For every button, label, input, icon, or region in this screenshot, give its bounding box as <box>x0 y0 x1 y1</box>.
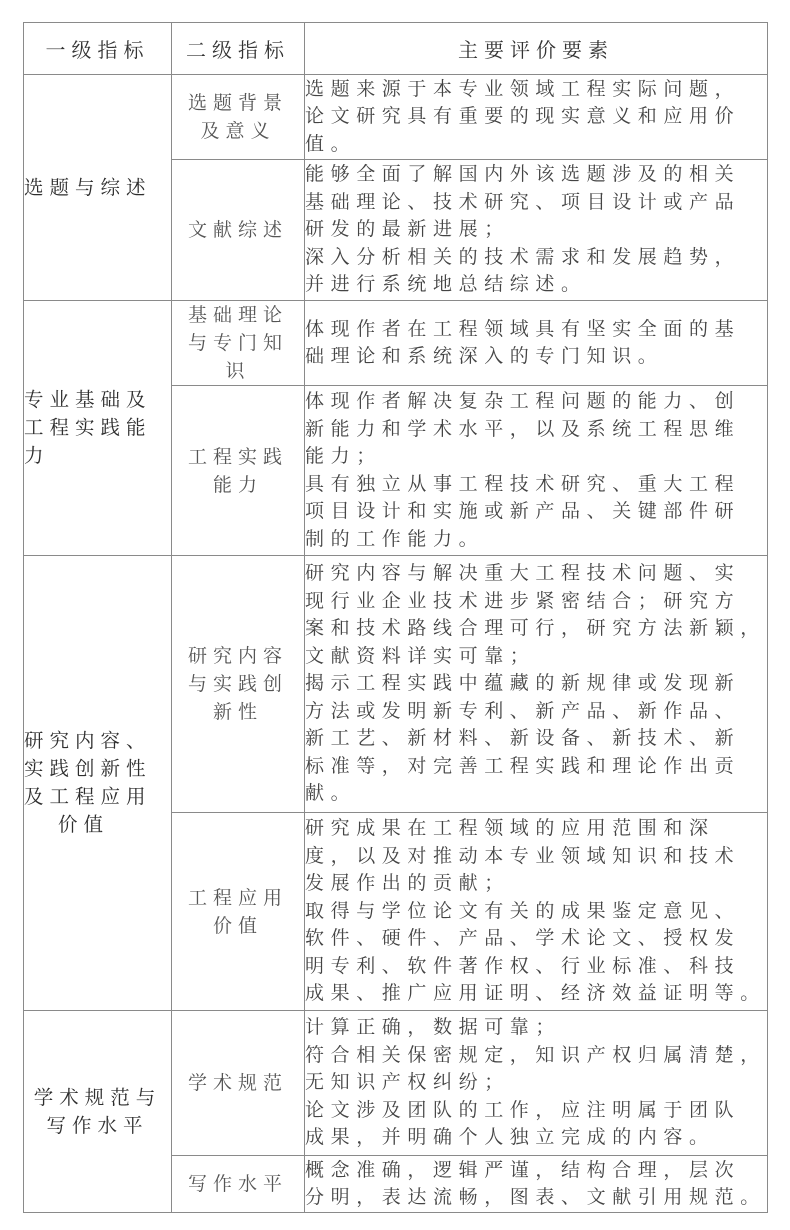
table-row: 学术规范与 写作水平 学术规范 计算正确，数据可靠； 符合相关保密规定，知识产权… <box>24 1011 768 1156</box>
evaluation-criteria-table: 一级指标 二级指标 主要评价要素 选题与综述 选题背景 及意义 选题来源于本专业… <box>23 22 768 1213</box>
elements-cell: 研究成果在工程领域的应用范围和深 度，以及对推动本专业领域知识和技术 发展作出的… <box>305 813 768 1011</box>
elements-cell: 计算正确，数据可靠； 符合相关保密规定，知识产权归属清楚， 无知识产权纠纷； 论… <box>305 1011 768 1156</box>
level1-cell: 专业基础及 工程实践能 力 <box>24 301 172 556</box>
level2-cell: 写作水平 <box>172 1156 305 1213</box>
level1-cell: 学术规范与 写作水平 <box>24 1011 172 1213</box>
header-row: 一级指标 二级指标 主要评价要素 <box>24 23 768 75</box>
table-row: 选题与综述 选题背景 及意义 选题来源于本专业领域工程实际问题， 论文研究具有重… <box>24 75 768 160</box>
level2-cell: 选题背景 及意义 <box>172 75 305 160</box>
header-level2: 二级指标 <box>172 23 305 75</box>
header-elements: 主要评价要素 <box>305 23 768 75</box>
table-row: 研究内容、 实践创新性 及工程应用 价值 研究内容 与实践创 新性 研究内容与解… <box>24 556 768 813</box>
elements-cell: 体现作者解决复杂工程问题的能力、创 新能力和学术水平，以及系统工程思维 能力； … <box>305 386 768 556</box>
elements-cell: 选题来源于本专业领域工程实际问题， 论文研究具有重要的现实意义和应用价 值。 <box>305 75 768 160</box>
header-level1: 一级指标 <box>24 23 172 75</box>
table-row: 专业基础及 工程实践能 力 基础理论 与专门知 识 体现作者在工程领域具有坚实全… <box>24 301 768 386</box>
elements-cell: 体现作者在工程领域具有坚实全面的基 础理论和系统深入的专门知识。 <box>305 301 768 386</box>
level2-cell: 文献综述 <box>172 160 305 301</box>
level2-cell: 学术规范 <box>172 1011 305 1156</box>
level2-cell: 工程应用 价值 <box>172 813 305 1011</box>
level2-cell: 基础理论 与专门知 识 <box>172 301 305 386</box>
level1-cell: 研究内容、 实践创新性 及工程应用 价值 <box>24 556 172 1011</box>
elements-cell: 能够全面了解国内外该选题涉及的相关 基础理论、技术研究、项目设计或产品 研发的最… <box>305 160 768 301</box>
elements-cell: 研究内容与解决重大工程技术问题、实 现行业企业技术进步紧密结合；研究方 案和技术… <box>305 556 768 813</box>
level2-cell: 工程实践 能力 <box>172 386 305 556</box>
level2-cell: 研究内容 与实践创 新性 <box>172 556 305 813</box>
level1-cell: 选题与综述 <box>24 75 172 301</box>
elements-cell: 概念准确，逻辑严谨，结构合理，层次 分明，表达流畅，图表、文献引用规范。 <box>305 1156 768 1213</box>
